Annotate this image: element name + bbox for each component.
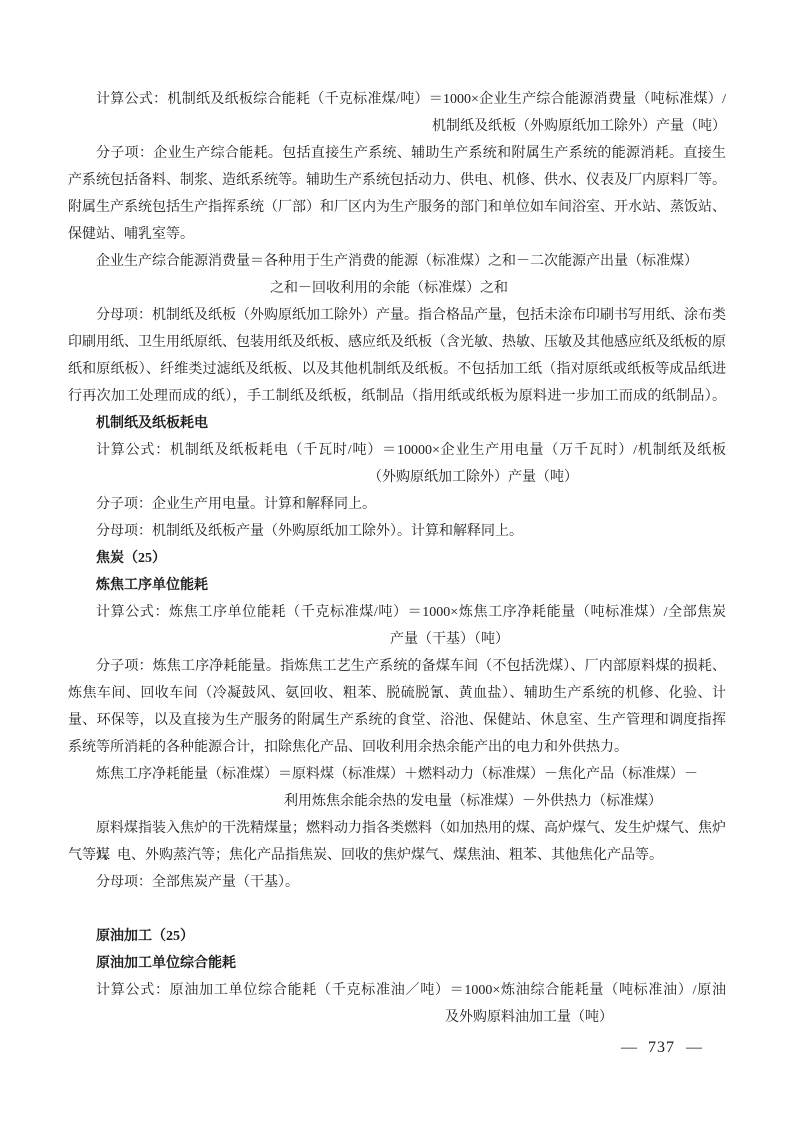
- paragraph-line: 炼焦车间、回收车间（冷凝鼓风、氨回收、粗苯、脱硫脱氰、黄血盐）、辅助生产系统的机…: [68, 680, 726, 707]
- paragraph-line: 分母项：全部焦炭产量（干基）。: [68, 869, 726, 896]
- formula-continuation: 利用炼焦余能余热的发电量（标准煤）－外供热力（标准煤）: [68, 788, 726, 815]
- paragraph-line: 系统等所消耗的各种能源合计，扣除焦化产品、回收利用余热余能产出的电力和外供热力。: [68, 734, 726, 761]
- paragraph-line: 分子项：企业生产用电量。计算和解释同上。: [68, 491, 726, 518]
- paragraph-line: 产系统包括备料、制浆、造纸系统等。辅助生产系统包括动力、供电、机修、供水、仪表及…: [68, 167, 726, 194]
- paragraph-line: 分子项：炼焦工序净耗能量。指炼焦工艺生产系统的备煤车间（不包括洗煤）、厂内部原料…: [68, 653, 726, 680]
- heading-crude-oil-unit-energy: 原油加工单位综合能耗: [68, 950, 726, 977]
- paragraph-line: 分母项：机制纸及纸板产量（外购原纸加工除外）。计算和解释同上。: [68, 518, 726, 545]
- document-body: 计算公式：机制纸及纸板综合能耗（千克标准煤/吨）＝1000×企业生产综合能源消费…: [68, 86, 726, 1031]
- formula-line: 计算公式：炼焦工序单位能耗（千克标准煤/吨）＝1000×炼焦工序净耗能量（吨标准…: [68, 599, 726, 626]
- heading-coking-process-unit-energy: 炼焦工序单位能耗: [68, 572, 726, 599]
- paragraph-line: 分母项：机制纸及纸板（外购原纸加工除外）产量。指合格品产量，包括未涂布印刷书写用…: [68, 302, 726, 329]
- paragraph-line: 保健站、哺乳室等。: [68, 221, 726, 248]
- paragraph-line: 行再次加工处理而成的纸），手工制纸及纸板，纸制品（指用纸或纸板为原料进一步加工而…: [68, 383, 726, 410]
- page-number-value: 737: [648, 1039, 675, 1056]
- document-page: 计算公式：机制纸及纸板综合能耗（千克标准煤/吨）＝1000×企业生产综合能源消费…: [0, 0, 793, 1122]
- paragraph-line: 原料煤指装入焦炉的干洗精煤量；燃料动力指各类燃料（如加热用的煤、高炉煤气、发生炉…: [68, 815, 726, 842]
- heading-paper-board-electricity: 机制纸及纸板耗电: [68, 410, 726, 437]
- formula-line: 计算公式：原油加工单位综合能耗（千克标准油／吨）＝1000×炼油综合能耗量（吨标…: [68, 977, 726, 1004]
- formula-line: 企业生产综合能源消费量＝各种用于生产消费的能源（标准煤）之和－二次能源产出量（标…: [68, 248, 726, 275]
- page-number-right-dash: —: [686, 1039, 702, 1056]
- paragraph-line: 印刷用纸、卫生用纸原纸、包装用纸及纸板、感应纸及纸板（含光敏、热敏、压敏及其他感…: [68, 329, 726, 356]
- heading-coke-section: 焦炭（25）: [68, 545, 726, 572]
- formula-continuation: 及外购原料油加工量（吨）: [68, 1004, 726, 1031]
- formula-line: 炼焦工序净耗能量（标准煤）＝原料煤（标准煤）＋燃料动力（标准煤）－焦化产品（标准…: [68, 761, 726, 788]
- paragraph-line: 分子项：企业生产综合能耗。包括直接生产系统、辅助生产系统和附属生产系统的能源消耗…: [68, 140, 726, 167]
- formula-line: 计算公式：机制纸及纸板耗电（千瓦时/吨）＝10000×企业生产用电量（万千瓦时）…: [68, 437, 726, 464]
- paragraph-line: 量、环保等，以及直接为生产服务的附属生产系统的食堂、浴池、保健站、休息室、生产管…: [68, 707, 726, 734]
- paragraph-line: 纸和原纸板）、纤维类过滤纸及纸板、以及其他机制纸及纸板。不包括加工纸（指对原纸或…: [68, 356, 726, 383]
- page-number-left-dash: —: [621, 1039, 637, 1056]
- formula-continuation: （外购原纸加工除外）产量（吨）: [68, 464, 726, 491]
- formula-continuation: 产量（干基）（吨）: [68, 626, 726, 653]
- formula-continuation: 机制纸及纸板（外购原纸加工除外）产量（吨）: [68, 113, 726, 140]
- paragraph-line: 气等）、电、外购蒸汽等；焦化产品指焦炭、回收的焦炉煤气、煤焦油、粗苯、其他焦化产…: [68, 842, 726, 869]
- heading-crude-oil-section: 原油加工（25）: [68, 923, 726, 950]
- paragraph-line: 附属生产系统包括生产指挥系统（厂部）和厂区内为生产服务的部门和单位如车间浴室、开…: [68, 194, 726, 221]
- formula-line: 计算公式：机制纸及纸板综合能耗（千克标准煤/吨）＝1000×企业生产综合能源消费…: [68, 86, 726, 113]
- formula-continuation: 之和－回收利用的余能（标准煤）之和: [68, 275, 726, 302]
- page-number: —737—: [621, 1037, 702, 1059]
